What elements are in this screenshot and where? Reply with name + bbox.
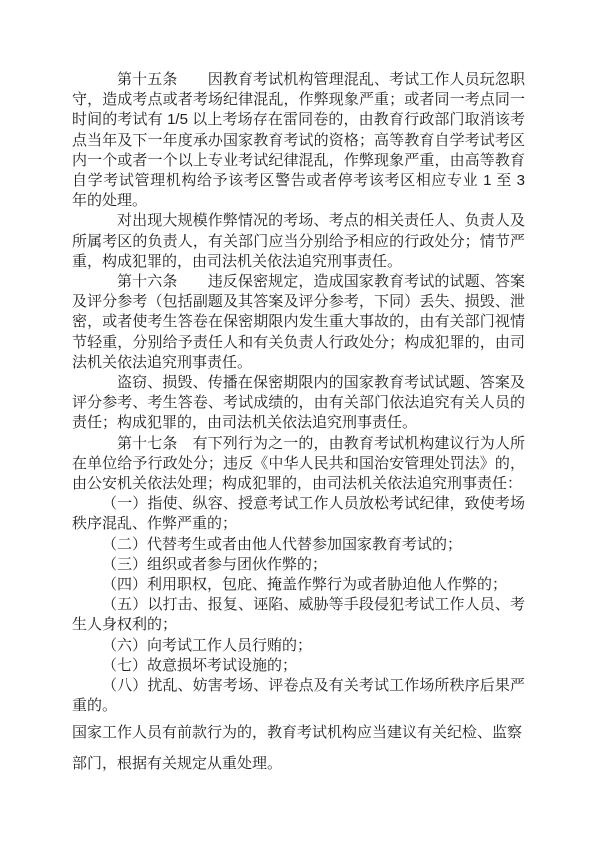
list-item-1: （一）指使、纵容、授意考试工作人员放松考试纪律，致使考场秩序混乱、作弊严重的； bbox=[72, 494, 525, 534]
list-item-3: （三）组织或者参与团伙作弊的； bbox=[72, 555, 525, 575]
paragraph-article-15: 第十五条 因教育考试机构管理混乱、考试工作人员玩忽职守，造成考点或者考场纪律混乱… bbox=[72, 70, 525, 211]
list-item-4: （四）利用职权，包庇、掩盖作弊行为或者胁迫他人作弊的； bbox=[72, 575, 525, 595]
paragraph-article-16-second: 盗窃、损毁、传播在保密期限内的国家教育考试试题、答案及评分参考、考生答卷、考试成… bbox=[72, 373, 525, 434]
paragraph-article-17-closing: 国家工作人员有前款行为的，教育考试机构应当建议有关纪检、监察部门，根据有关规定从… bbox=[72, 717, 525, 779]
paragraph-article-15-second: 对出现大规模作弊情况的考场、考点的相关责任人、负责人及所属考区的负责人，有关部门… bbox=[72, 211, 525, 272]
list-item-2: （二）代替考生或者由他人代替参加国家教育考试的； bbox=[72, 535, 525, 555]
paragraph-article-16: 第十六条 违反保密规定，造成国家教育考试的试题、答案及评分参考（包括副题及其答案… bbox=[72, 272, 525, 373]
list-item-6: （六）向考试工作人员行贿的； bbox=[72, 636, 525, 656]
list-item-8: （八）扰乱、妨害考场、评卷点及有关考试工作场所秩序后果严重的。 bbox=[72, 676, 525, 716]
document-body: 第十五条 因教育考试机构管理混乱、考试工作人员玩忽职守，造成考点或者考场纪律混乱… bbox=[72, 70, 525, 779]
list-item-5: （五）以打击、报复、诬陷、威胁等手段侵犯考试工作人员、考生人身权利的； bbox=[72, 595, 525, 635]
paragraph-article-17: 第十七条 有下列行为之一的，由教育考试机构建议行为人所在单位给予行政处分；违反《… bbox=[72, 434, 525, 495]
list-item-7: （七）故意损坏考试设施的； bbox=[72, 656, 525, 676]
document-page: 第十五条 因教育考试机构管理混乱、考试工作人员玩忽职守，造成考点或者考场纪律混乱… bbox=[0, 0, 595, 842]
